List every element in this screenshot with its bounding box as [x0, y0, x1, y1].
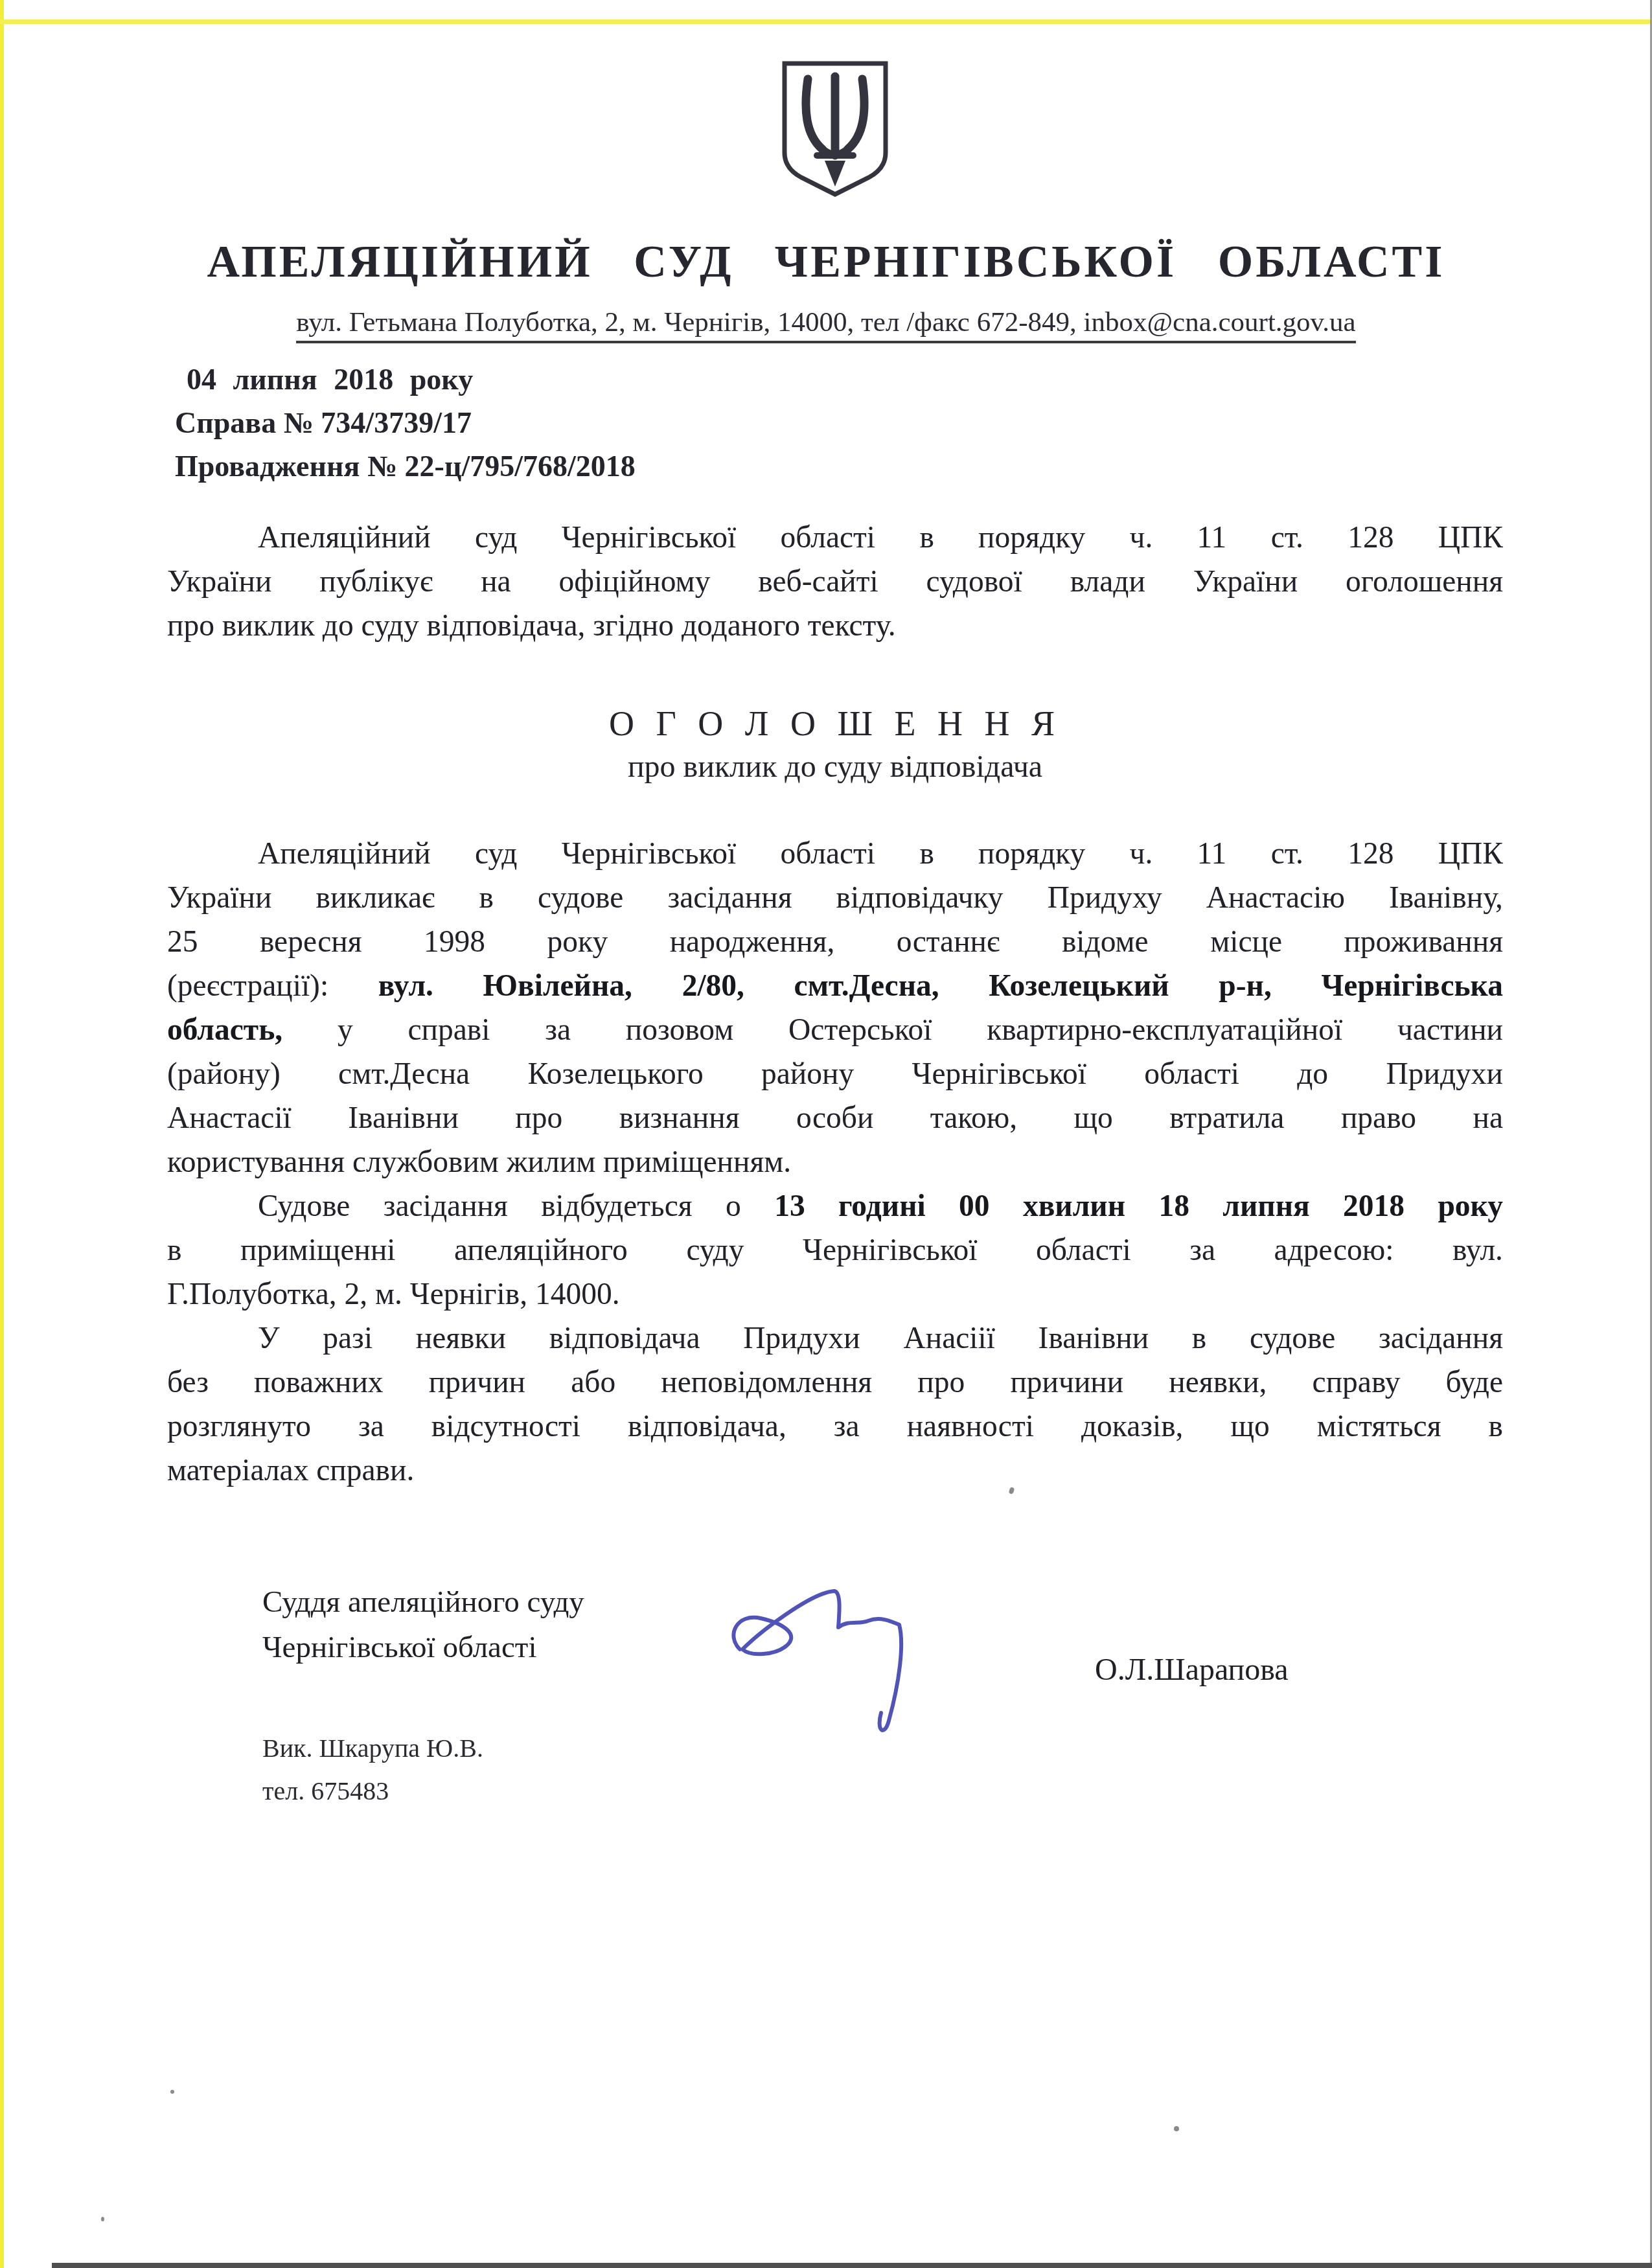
text-line: України публікує на офіційному веб-сайті…: [167, 560, 1503, 604]
ukraine-trident-coat-of-arms-icon: [779, 58, 891, 200]
text-line: Анастасії Іванівни про визнання особи та…: [167, 1096, 1503, 1140]
text-line: (реєстрації): вул. Ювілейна, 2/80, смт.Д…: [167, 964, 1503, 1008]
handwritten-ink-signature: [720, 1573, 941, 1754]
scan-edge-left: [0, 0, 4, 2268]
scan-speck: [1174, 2126, 1179, 2131]
announcement-title: О Г О Л О Ш Е Н Н Я: [167, 704, 1503, 744]
scan-speck: [1009, 1487, 1015, 1495]
court-name-title: АПЕЛЯЦІЙНИЙ СУД ЧЕРНІГІВСЬКОЇ ОБЛАСТІ: [159, 238, 1493, 286]
text-line: без поважних причин або неповідомлення п…: [167, 1360, 1503, 1404]
text-line: Апеляційний суд Чернігівської області в …: [167, 516, 1503, 560]
text-line: область, у справі за позовом Остерської …: [167, 1008, 1503, 1052]
text-line: Судове засідання відбудеться о 13 годині…: [167, 1184, 1503, 1228]
text-line: розглянуто за відсутності відповідача, з…: [167, 1404, 1503, 1449]
announcement-subtitle: про виклик до суду відповідача: [167, 749, 1503, 785]
text-line: матеріалах справи.: [167, 1449, 1503, 1493]
scan-edge-bottom: [52, 2263, 1652, 2268]
intro-paragraph: Апеляційний суд Чернігівської області в …: [167, 516, 1503, 648]
executor-phone: тел. 675483: [262, 1770, 483, 1813]
text-line: користування службовим жилим приміщенням…: [167, 1140, 1503, 1184]
proceeding-number: Провадження № 22-ц/795/768/2018: [175, 444, 636, 488]
text-line: (району) смт.Десна Козелецького району Ч…: [167, 1052, 1503, 1096]
court-address-line: вул. Гетьмана Полуботка, 2, м. Чернігів,…: [159, 306, 1493, 339]
text-line: в приміщенні апеляційного суду Чернігівс…: [167, 1228, 1503, 1272]
text-line: Г.Полуботка, 2, м. Чернігів, 14000.: [167, 1272, 1503, 1316]
scanned-court-document: { "colors": { "border_yellow": "#f2ee35"…: [0, 0, 1652, 2268]
case-number: Справа № 734/3739/17: [175, 401, 636, 444]
judge-name: О.Л.Шарапова: [1095, 1652, 1289, 1688]
announcement-body: Апеляційний суд Чернігівської області в …: [167, 832, 1503, 1493]
text-line: У разі неявки відповідача Придухи Анасіі…: [167, 1316, 1503, 1360]
scan-speck: [101, 2217, 104, 2221]
scan-edge-top: [0, 19, 1652, 24]
text-line: 25 вересня 1998 року народження, останнє…: [167, 920, 1503, 964]
judge-position-line2: Чернігівської області: [262, 1625, 584, 1670]
document-date: 04 липня 2018 року: [175, 358, 636, 401]
text-line: про виклик до суду відповідача, згідно д…: [167, 604, 1503, 648]
text-line: України викликає в судове засідання відп…: [167, 876, 1503, 920]
judge-position-line1: Суддя апеляційного суду: [262, 1579, 584, 1625]
text-line: Апеляційний суд Чернігівської області в …: [167, 832, 1503, 876]
executor-block: Вик. Шкарупа Ю.В. тел. 675483: [262, 1727, 483, 1813]
executor-name: Вик. Шкарупа Ю.В.: [262, 1727, 483, 1770]
scan-speck: [170, 2090, 174, 2094]
judge-position-block: Суддя апеляційного суду Чернігівської об…: [262, 1579, 584, 1670]
court-address-text: вул. Гетьмана Полуботка, 2, м. Чернігів,…: [296, 307, 1355, 343]
case-meta-block: 04 липня 2018 року Справа № 734/3739/17 …: [175, 358, 636, 488]
